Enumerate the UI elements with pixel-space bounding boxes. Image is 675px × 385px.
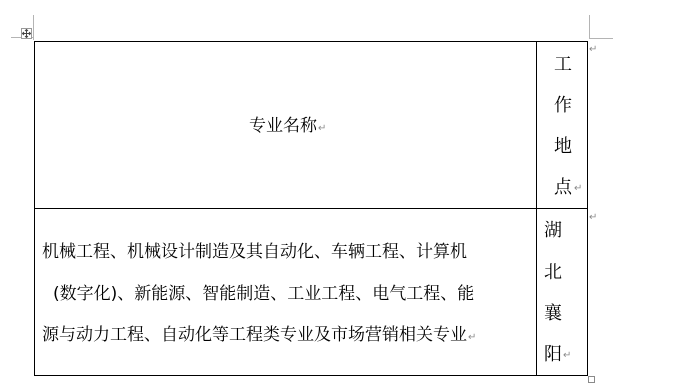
major-line-text: 源与动力工程、自动化等工程类专业及市场营销相关专业	[42, 325, 467, 345]
location-char: 襄	[541, 304, 565, 324]
location-char: 湖	[541, 221, 565, 241]
row-end-mark-icon: ↵	[589, 44, 597, 55]
header-location-char: 地	[551, 137, 575, 157]
table-move-handle[interactable]	[21, 28, 32, 39]
header-cell-major[interactable]: 专业名称↵	[249, 116, 326, 139]
header-major-label: 专业名称	[249, 116, 317, 136]
location-char: 阳	[541, 345, 565, 365]
table-border-bottom	[34, 375, 588, 376]
table-row-divider	[34, 208, 588, 209]
table-border-top	[34, 41, 588, 42]
document-page: 专业名称↵ 工 作 地 点 ↵ ↵ 机械工程、机械设计制造及其自动化、车辆工程、…	[0, 0, 675, 385]
paragraph-mark-icon: ↵	[563, 350, 571, 361]
major-line-last: 源与动力工程、自动化等工程类专业及市场营销相关专业↵	[42, 325, 476, 348]
major-line: (数字化)、新能源、智能制造、工业工程、电气工程、能	[53, 284, 474, 304]
row-end-mark-icon: ↵	[589, 212, 597, 223]
location-char: 北	[541, 263, 565, 283]
margin-corner-mark	[589, 15, 590, 38]
table-resize-handle[interactable]	[588, 376, 595, 383]
paragraph-mark-icon: ↵	[574, 183, 582, 194]
header-location-char: 作	[551, 96, 575, 116]
move-arrows-icon	[22, 29, 31, 38]
margin-corner-mark	[589, 38, 613, 39]
header-location-char: 工	[551, 55, 575, 75]
paragraph-mark-icon: ↵	[318, 123, 326, 134]
paragraph-mark-icon: ↵	[468, 332, 476, 343]
header-location-char: 点	[551, 178, 575, 198]
margin-corner-mark	[33, 15, 34, 40]
major-line: 机械工程、机械设计制造及其自动化、车辆工程、计算机	[42, 242, 467, 262]
